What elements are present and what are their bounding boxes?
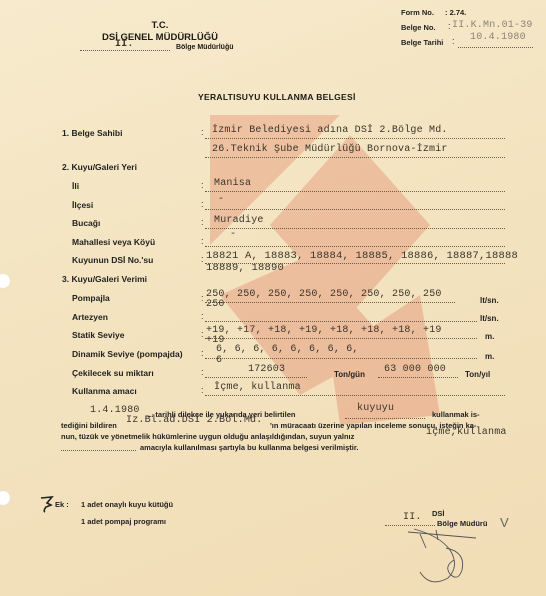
ilce-value: - — [218, 194, 224, 205]
pompajla-line2: 250 — [206, 299, 225, 310]
attachments-label: Ek : — [55, 500, 69, 509]
handwritten-signature — [400, 526, 520, 591]
punch-hole-top — [0, 274, 10, 288]
statik-unit: m. — [485, 332, 494, 341]
bucak-value: Muradiye — [214, 215, 264, 226]
belge-no-label: Belge No. — [401, 23, 436, 32]
dinamik-line2: 6 — [216, 355, 222, 366]
ek-handwritten-mark-icon — [40, 495, 56, 513]
dinamik-label: Dinamik Seviye (pompajda) — [72, 349, 183, 359]
section-1-label: 1. Belge Sahibi — [62, 128, 122, 138]
header-country: T.C. — [130, 20, 190, 31]
paragraph-purpose-filled: içme,kullanma — [426, 427, 507, 438]
ilce-label: İlçesi — [72, 200, 93, 210]
artezyen-label: Artezyen — [72, 312, 108, 322]
pompajla-line1: 250, 250, 250, 250, 250, 250, 250, 250 — [206, 289, 442, 300]
attachment-item-1: 1 adet onaylı kuyu kütüğü — [81, 500, 173, 509]
section-3-label: 3. Kuyu/Galeri Verimi — [62, 274, 147, 284]
dinamik-unit: m. — [485, 352, 494, 361]
il-label: İli — [72, 181, 79, 191]
belge-no-value: II.K.Mn.01-39 — [452, 20, 533, 31]
amac-label: Kullanma amacı — [72, 386, 137, 396]
document-title: YERALTISUYU KULLANMA BELGESİ — [198, 92, 356, 102]
mahalle-value: - — [230, 229, 236, 240]
punch-hole-bottom — [0, 491, 10, 505]
il-value: Manisa — [214, 178, 251, 189]
pompajla-unit: lt/sn. — [480, 296, 499, 305]
form-no-value: : 2.74. — [445, 8, 466, 17]
belge-tarihi-label: Belge Tarihi — [401, 38, 443, 47]
header-region-filled: II. — [115, 39, 134, 50]
statik-line1: +19, +17, +18, +19, +18, +18, +18, +19 — [206, 325, 442, 336]
paragraph-line1-end: kullanmak is- — [432, 410, 480, 419]
header-region-label: Bölge Müdürlüğü — [176, 44, 234, 51]
paragraph-line2-start: tediğini bildiren — [61, 421, 117, 430]
paragraph-object-filled: kuyuyu — [357, 403, 394, 414]
paragraph-applicant-filled: Iz.Bl.ad.DSİ 2.Böl.Md. — [126, 415, 262, 426]
section-2-label: 2. Kuyu/Galeri Yeri — [62, 162, 137, 172]
artezyen-unit: lt/sn. — [480, 314, 499, 323]
header-region-line: II. Bölge Müdürlüğü — [80, 44, 260, 51]
pompajla-label: Pompajla — [72, 293, 110, 303]
belge-tarihi-value: 10.4.1980 — [470, 32, 526, 43]
attachment-item-2: 1 adet pompaj programı — [81, 517, 166, 526]
dinamik-line1: 6, 6, 6, 6, 6, 6, 6, 6, — [216, 344, 359, 355]
cekilecek-daily-unit: Ton/gün — [334, 370, 365, 379]
belge-sahibi-line2: 26.Teknik Şube Müdürlüğü Bornova-İzmir — [212, 144, 448, 155]
amac-value: İçme, kullanma — [214, 382, 301, 393]
belge-sahibi-line1: İzmir Belediyesi adına DSİ 2.Bölge Md. — [212, 125, 448, 136]
cekilecek-label: Çekilecek su miktarı — [72, 368, 154, 378]
paragraph-line3-text: nun, tüzük ve yönetmelik hükümlerine uyg… — [61, 432, 354, 441]
kuyu-no-line1: 18821 A, 18883, 18884, 18885, 18886, 188… — [206, 250, 518, 262]
kuyu-no-line2: 18889, 18890 — [206, 262, 284, 274]
bucak-label: Bucağı — [72, 218, 100, 228]
mahalle-label: Mahallesi veya Köyü — [72, 237, 155, 247]
form-no-label: Form No. — [401, 8, 434, 17]
signature-region-filled: II. — [403, 512, 422, 523]
kuyu-no-label: Kuyunun DSİ No.'su — [72, 255, 153, 265]
cekilecek-yearly: 63 000 000 — [384, 364, 446, 375]
paragraph-line4-text: amacıyla kullanılması şartıyla bu kullan… — [140, 443, 358, 452]
statik-label: Statik Seviye — [72, 330, 124, 340]
cekilecek-yearly-unit: Ton/yıl — [465, 370, 490, 379]
signature-org: DSİ — [432, 509, 445, 518]
cekilecek-daily: 172603 — [248, 364, 285, 375]
